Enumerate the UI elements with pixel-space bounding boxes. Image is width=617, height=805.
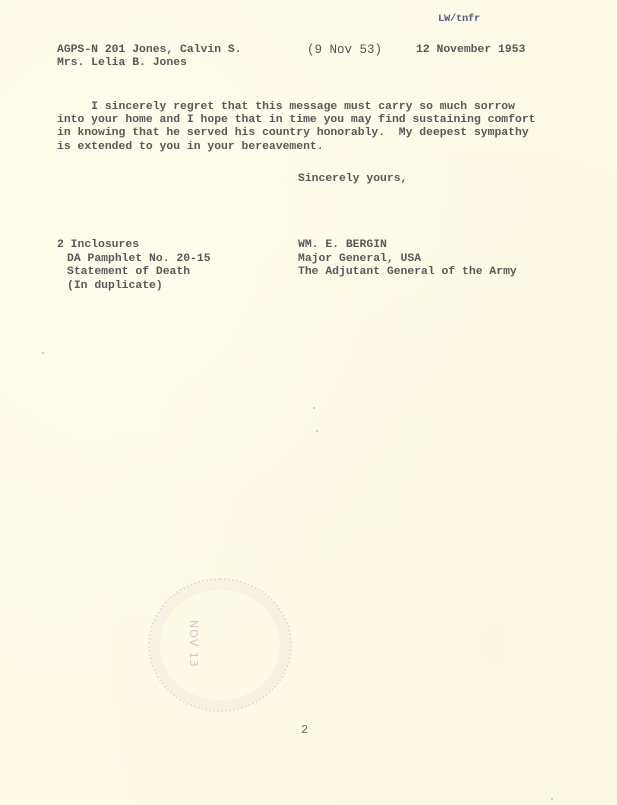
enclosures: 2 Inclosures DA Pamphlet No. 20-15 State…	[57, 239, 211, 293]
letter-date: 12 November 1953	[416, 44, 525, 57]
enclosure-item: (In duplicate)	[57, 280, 211, 294]
signer-title: The Adjutant General of the Army	[298, 266, 517, 280]
page-number: 2	[301, 724, 308, 737]
signature-block: WM. E. BERGIN Major General, USA The Adj…	[298, 239, 517, 280]
original-date: (9 Nov 53)	[307, 44, 382, 57]
paper-speck	[551, 798, 553, 800]
closing: Sincerely yours,	[298, 173, 407, 186]
letter-body: I sincerely regret that this message mus…	[57, 101, 557, 154]
addressee: Mrs. Lelia B. Jones	[57, 57, 187, 70]
enclosure-item: DA Pamphlet No. 20-15	[57, 253, 211, 267]
letter-page: LW/tnfr AGPS-N 201 Jones, Calvin S. Mrs.…	[0, 0, 617, 805]
paper-speck	[313, 407, 315, 409]
enclosures-heading: 2 Inclosures	[57, 239, 211, 253]
signer-rank: Major General, USA	[298, 253, 517, 267]
body-line: into your home and I hope that in time y…	[57, 114, 557, 127]
signer-name: WM. E. BERGIN	[298, 239, 517, 253]
file-reference: AGPS-N 201 Jones, Calvin S.	[57, 44, 242, 57]
typist-initials: LW/tnfr	[438, 13, 480, 26]
paper-speck	[316, 430, 318, 432]
stamp-text: NOV 13	[187, 620, 200, 668]
body-line: I sincerely regret that this message mus…	[57, 101, 557, 114]
enclosure-item: Statement of Death	[57, 266, 211, 280]
body-line: in knowing that he served his country ho…	[57, 127, 557, 140]
received-stamp: NOV 13	[148, 578, 292, 712]
body-line: is extended to you in your bereavement.	[57, 141, 557, 154]
paper-speck	[42, 352, 44, 354]
